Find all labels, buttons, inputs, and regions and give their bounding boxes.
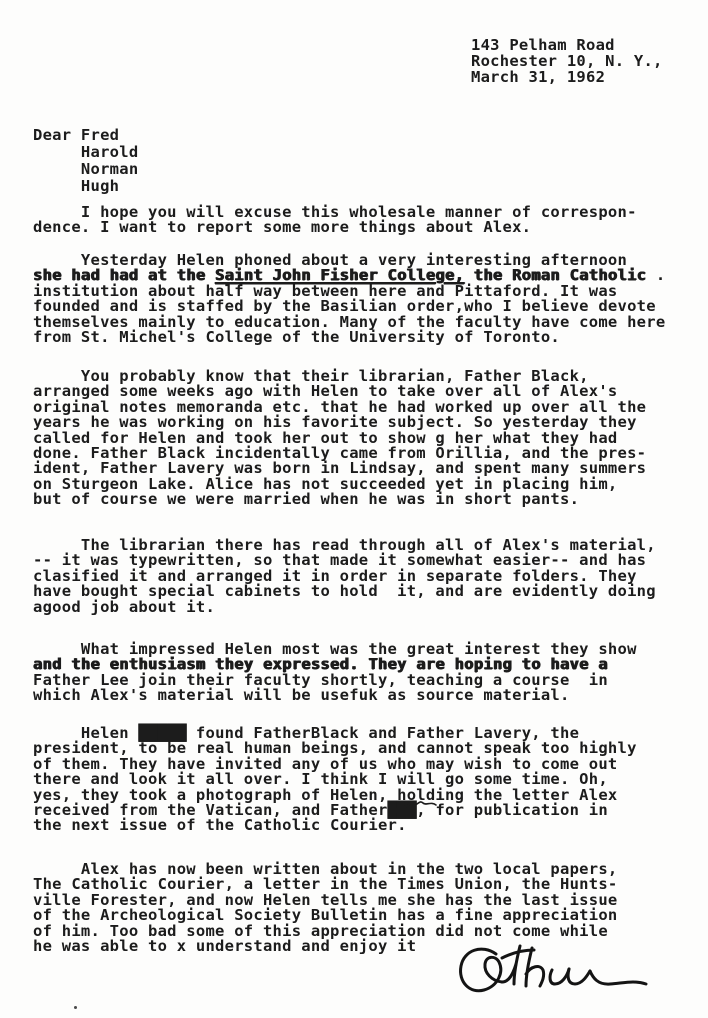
text-segment: dence. I want to report some more things… xyxy=(33,218,531,236)
text-segment: agood job about it. xyxy=(33,598,215,616)
handwritten-insert-scribble xyxy=(393,795,439,817)
text-segment: the next issue of the Catholic Courier. xyxy=(33,816,407,834)
text-segment: he was able to x understand and enjoy it xyxy=(33,937,416,955)
text-segment: from St. Michel's College of the Univers… xyxy=(33,328,560,346)
scan-speck xyxy=(74,1006,77,1009)
text-segment: . xyxy=(646,266,665,284)
text-segment: , for publication in xyxy=(416,801,608,819)
letter-line: dence. I want to report some more things… xyxy=(33,220,693,235)
letter-body: I hope you will excuse this wholesale ma… xyxy=(0,0,708,1018)
letter-line: agood job about it. xyxy=(33,600,693,615)
paragraph: The librarian there has read through all… xyxy=(33,538,693,615)
paragraph: Yesterday Helen phoned about a very inte… xyxy=(33,253,693,345)
letter-line: which Alex's material will be usefuk as … xyxy=(33,688,693,703)
paragraph: You probably know that their librarian, … xyxy=(33,369,693,508)
letter-line: the next issue of the Catholic Courier. xyxy=(33,818,693,833)
signature-handwriting xyxy=(452,938,652,1006)
text-segment: but of course we were married when he wa… xyxy=(33,490,579,508)
letter-line: but of course we were married when he wa… xyxy=(33,492,693,507)
paragraph: I hope you will excuse this wholesale ma… xyxy=(33,205,693,236)
paragraph: What impressed Helen most was the great … xyxy=(33,642,693,704)
letter-page: 143 Pelham RoadRochester 10, N. Y.,March… xyxy=(0,0,708,1018)
paragraph: Helen █████ found FatherBlack and Father… xyxy=(33,726,693,834)
letter-line: from St. Michel's College of the Univers… xyxy=(33,330,693,345)
text-segment: which Alex's material will be usefuk as … xyxy=(33,686,570,704)
